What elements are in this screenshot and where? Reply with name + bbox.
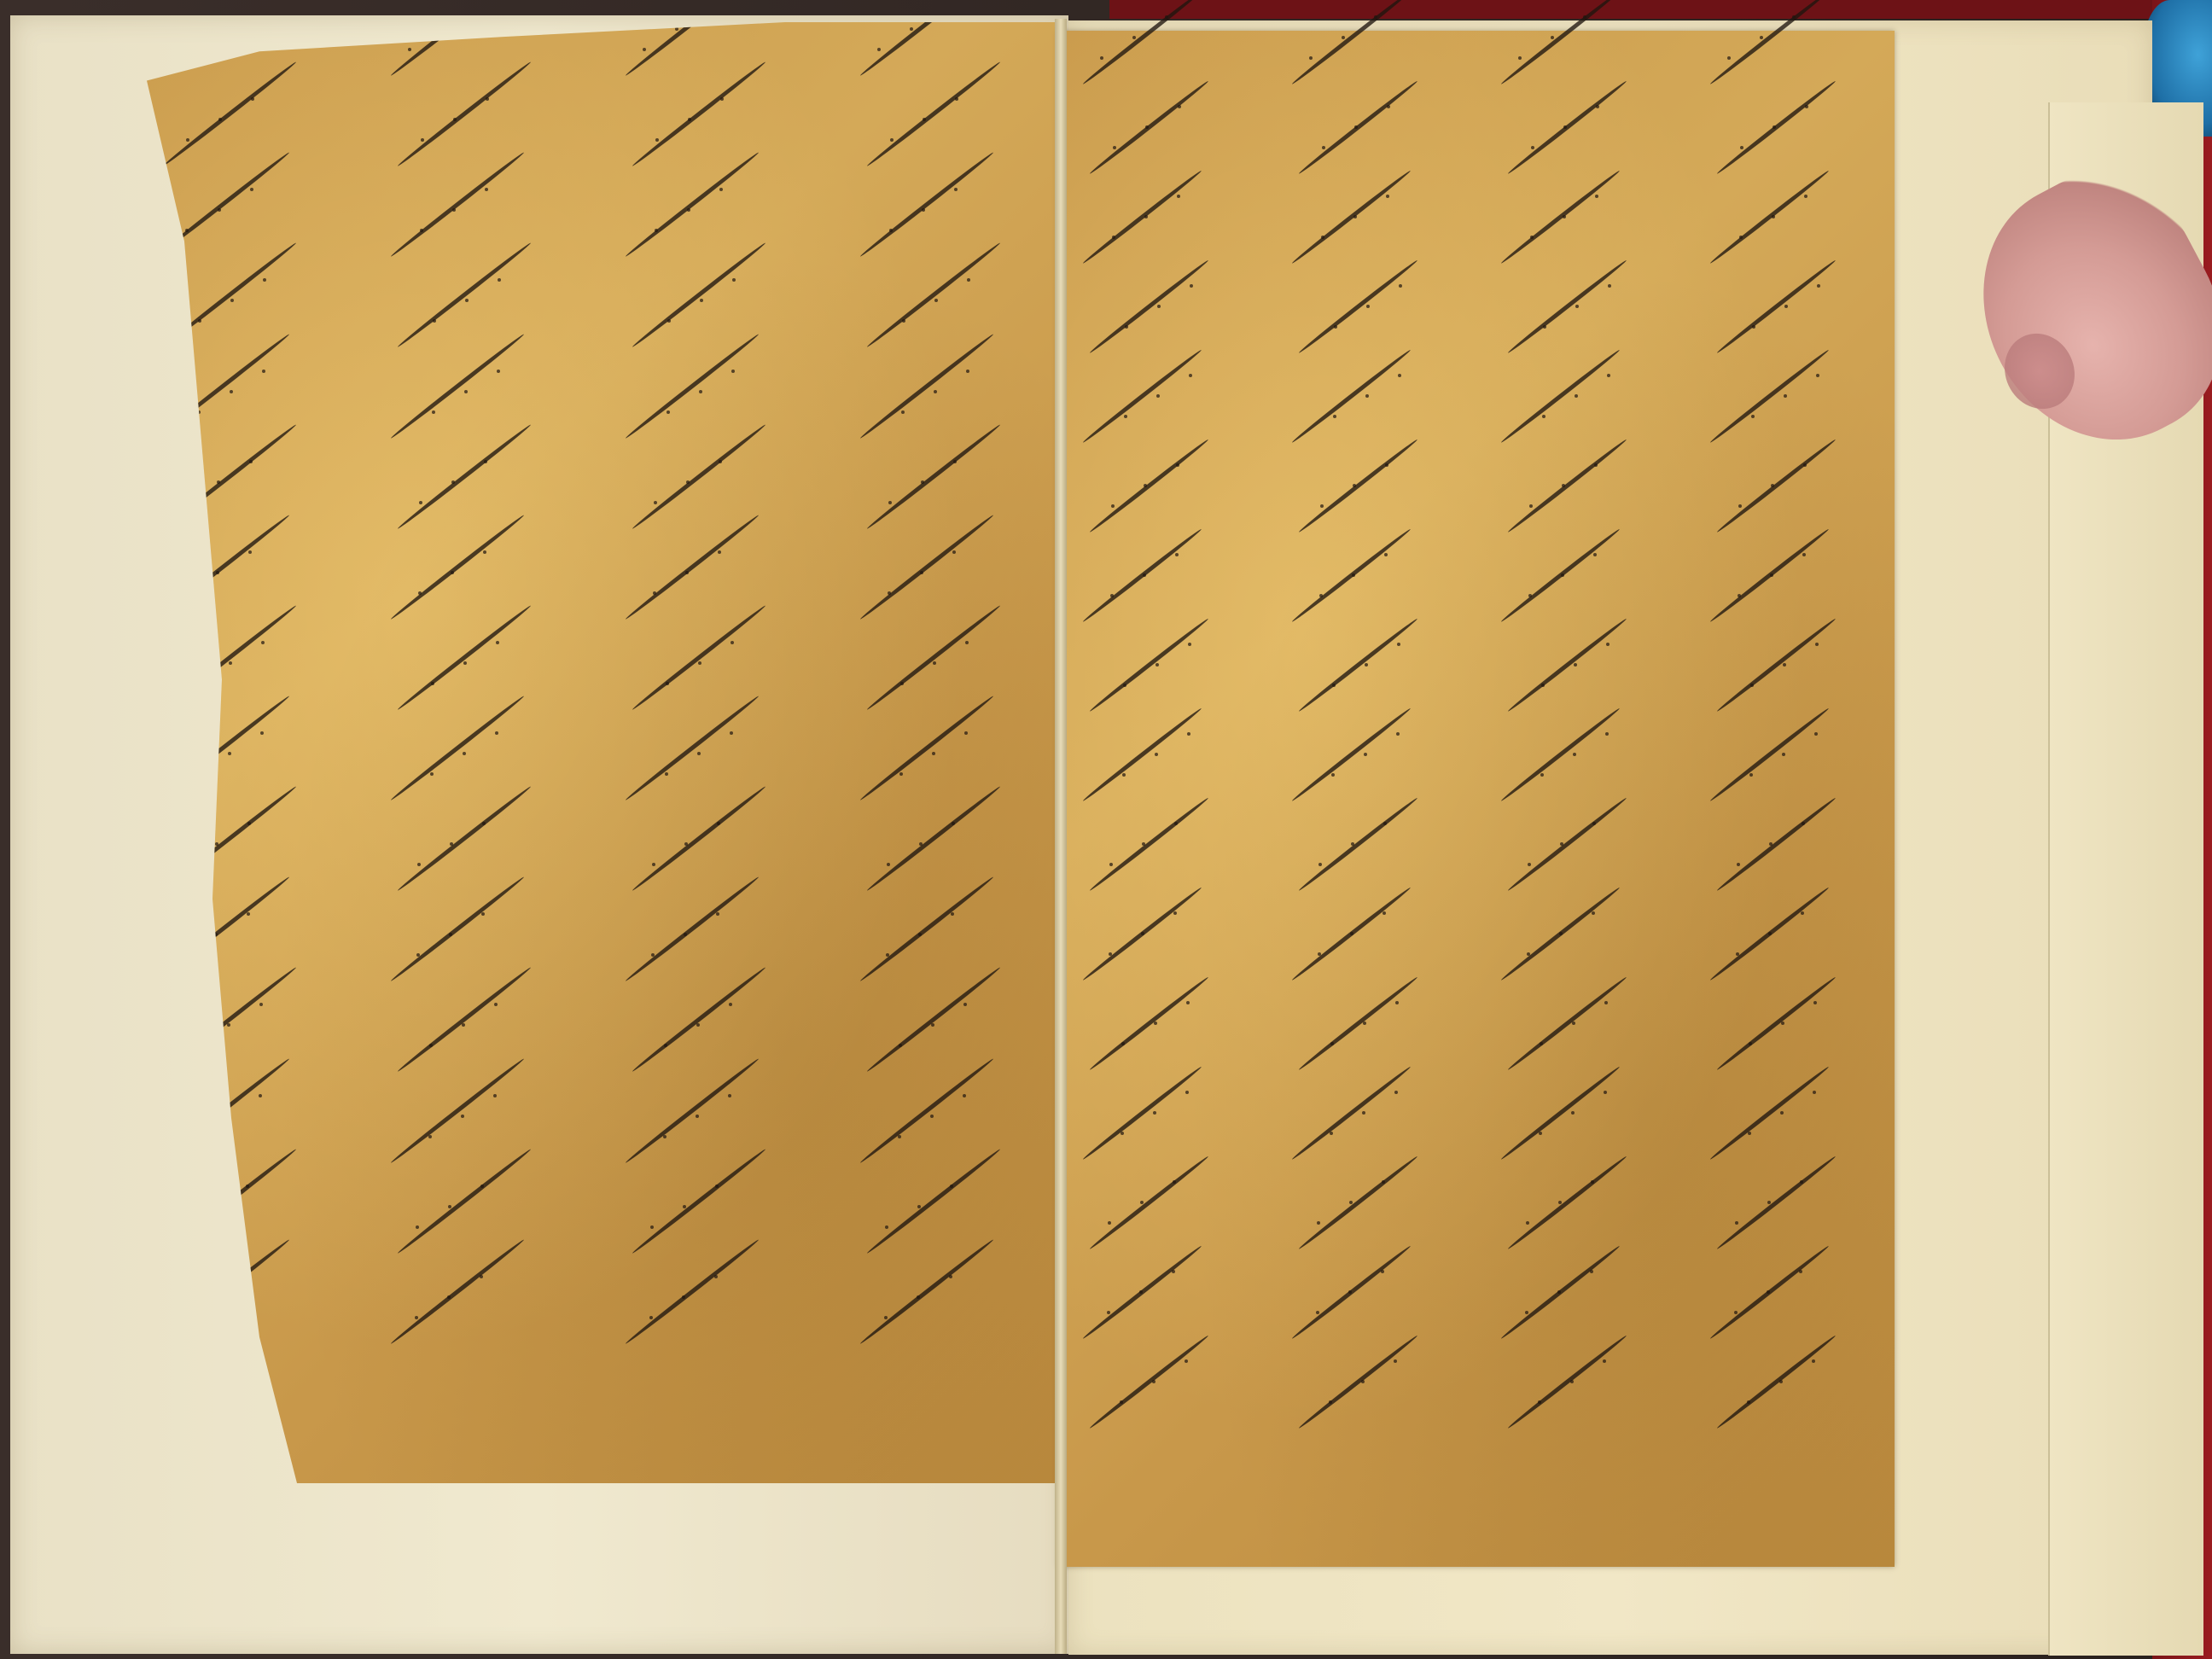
calligraphy-stroke: [1500, 707, 1621, 803]
calligraphy-dot: [251, 97, 254, 101]
calligraphy-dot: [1595, 195, 1598, 198]
calligraphy-dot: [1309, 56, 1313, 60]
calligraphy-stroke: [1082, 707, 1203, 803]
calligraphy-dot: [1542, 415, 1545, 418]
calligraphy-dot: [428, 1135, 432, 1138]
calligraphy-dot: [933, 661, 936, 665]
calligraphy-stroke: [1709, 1065, 1831, 1161]
calligraphy-dot: [902, 319, 905, 323]
calligraphy-dot: [730, 731, 733, 735]
calligraphy-dot: [696, 1115, 699, 1118]
calligraphy-dot: [921, 480, 924, 484]
calligraphy-dot: [1572, 1022, 1575, 1025]
calligraphy-dot: [1528, 863, 1531, 866]
calligraphy-dot: [1185, 1359, 1188, 1363]
calligraphy-dot: [1332, 684, 1336, 687]
calligraphy-stroke: [631, 785, 766, 893]
calligraphy-stroke: [389, 1057, 525, 1164]
calligraphy-dot: [1125, 325, 1128, 329]
calligraphy-dot: [1803, 463, 1807, 467]
calligraphy-dot: [682, 1295, 685, 1299]
calligraphy-stroke: [1507, 259, 1628, 355]
calligraphy-dot: [1749, 773, 1753, 777]
calligraphy-dot: [719, 460, 722, 463]
calligraphy-stroke: [1507, 79, 1628, 176]
calligraphy-stroke: [1500, 169, 1621, 265]
calligraphy-dot: [1799, 1270, 1802, 1273]
calligraphy-dot: [899, 772, 903, 776]
calligraphy-stroke: [1716, 1155, 1837, 1251]
calligraphy-stroke: [1507, 1334, 1628, 1430]
calligraphy-stroke: [1716, 259, 1837, 355]
calligraphy-dot: [1735, 1221, 1738, 1225]
calligraphy-dot: [1784, 305, 1788, 308]
calligraphy-stroke: [1716, 438, 1837, 534]
calligraphy-dot: [900, 682, 904, 685]
calligraphy-stroke: [389, 151, 525, 259]
calligraphy-dot: [464, 390, 468, 393]
calligraphy-dot: [1770, 573, 1773, 577]
calligraphy-dot: [1596, 105, 1599, 108]
calligraphy-dot: [496, 641, 499, 644]
calligraphy-dot: [1573, 753, 1576, 756]
calligraphy-dot: [1782, 753, 1785, 756]
calligraphy-stroke: [1500, 348, 1621, 445]
calligraphy-dot: [714, 1275, 718, 1278]
calligraphy-dot: [1817, 284, 1820, 288]
calligraphy-stroke: [1507, 1155, 1628, 1251]
calligraphy-dot: [1748, 1132, 1751, 1135]
calligraphy-dot: [887, 863, 890, 866]
calligraphy-dot: [716, 912, 719, 916]
calligraphy-dot: [899, 1044, 902, 1047]
calligraphy-dot: [952, 550, 956, 554]
calligraphy-dot: [1752, 325, 1755, 329]
calligraphy-stroke: [624, 513, 760, 620]
calligraphy-dot: [931, 1023, 934, 1027]
calligraphy-dot: [186, 138, 189, 142]
calligraphy-dot: [966, 370, 969, 373]
calligraphy-dot: [1157, 305, 1161, 308]
calligraphy-dot: [951, 912, 954, 916]
calligraphy-stroke: [389, 1237, 525, 1345]
calligraphy-dot: [1604, 1001, 1608, 1004]
calligraphy-stroke: [1298, 259, 1419, 355]
calligraphy-dot: [1394, 1359, 1397, 1363]
calligraphy-dot: [1592, 911, 1595, 915]
left-manuscript-leaf: [128, 22, 1067, 1483]
calligraphy-stroke: [1507, 975, 1628, 1072]
calligraphy-dot: [1804, 195, 1807, 198]
calligraphy-dot: [1111, 504, 1115, 508]
calligraphy-dot: [901, 410, 905, 414]
calligraphy-dot: [1330, 1132, 1333, 1135]
calligraphy-stroke: [1709, 169, 1831, 265]
calligraphy-dot: [451, 571, 454, 574]
calligraphy-dot: [888, 591, 891, 595]
calligraphy-dot: [917, 1295, 920, 1299]
right-manuscript-leaf: [1058, 31, 1895, 1567]
calligraphy-stroke: [1089, 438, 1210, 534]
calligraphy-dot: [250, 188, 253, 191]
calligraphy-dot: [1574, 663, 1577, 667]
calligraphy-dot: [1593, 553, 1597, 556]
calligraphy-dot: [1318, 863, 1322, 866]
calligraphy-stroke: [631, 604, 766, 712]
calligraphy-dot: [483, 550, 486, 554]
calligraphy-dot: [884, 1316, 888, 1319]
calligraphy-stroke: [624, 876, 760, 983]
calligraphy-stroke: [624, 332, 760, 439]
calligraphy-stroke: [1089, 617, 1210, 713]
calligraphy-stroke: [859, 332, 994, 439]
calligraphy-stroke: [1298, 1334, 1419, 1430]
calligraphy-dot: [667, 410, 670, 414]
calligraphy-dot: [1518, 56, 1522, 60]
calligraphy-stroke: [865, 242, 1001, 349]
calligraphy-dot: [963, 1094, 966, 1097]
calligraphy-dot: [1121, 1132, 1124, 1135]
calligraphy-dot: [1540, 773, 1544, 777]
calligraphy-dot: [1740, 146, 1743, 149]
calligraphy-dot: [1155, 753, 1158, 756]
calligraphy-dot: [1590, 1270, 1593, 1273]
calligraphy-dot: [700, 299, 703, 302]
calligraphy-dot: [1394, 1091, 1398, 1094]
calligraphy-dot: [1607, 374, 1610, 377]
calligraphy-stroke: [859, 513, 994, 620]
calligraphy-dot: [217, 480, 220, 484]
calligraphy-dot: [1175, 553, 1179, 556]
calligraphy-dot: [667, 319, 671, 323]
calligraphy-stroke: [1089, 79, 1210, 176]
calligraphy-stroke: [859, 151, 994, 259]
book-gutter: [1055, 19, 1067, 1654]
calligraphy-dot: [720, 97, 724, 101]
calligraphy-stroke: [1082, 348, 1203, 445]
calligraphy-dot: [1772, 215, 1775, 218]
calligraphy-dot: [1813, 1001, 1817, 1004]
calligraphy-stroke: [1298, 438, 1419, 534]
calligraphy-dot: [666, 682, 669, 685]
calligraphy-stroke: [396, 61, 532, 168]
calligraphy-stroke: [1716, 1334, 1837, 1430]
calligraphy-dot: [227, 1023, 230, 1027]
calligraphy-dot: [463, 752, 466, 755]
calligraphy-stroke: [1298, 79, 1419, 176]
calligraphy-dot: [665, 772, 668, 776]
calligraphy-stroke: [1089, 259, 1210, 355]
calligraphy-dot: [888, 501, 892, 504]
calligraphy-dot: [485, 188, 488, 191]
calligraphy-dot: [1334, 325, 1337, 329]
calligraphy-dot: [1365, 663, 1368, 667]
calligraphy-stroke: [1507, 796, 1628, 893]
calligraphy-dot: [1386, 195, 1389, 198]
calligraphy-stroke: [1089, 796, 1210, 893]
calligraphy-dot: [1750, 684, 1754, 687]
calligraphy-dot: [481, 912, 485, 916]
calligraphy-dot: [1802, 822, 1805, 825]
calligraphy-dot: [198, 319, 201, 323]
calligraphy-dot: [408, 48, 411, 51]
calligraphy-dot: [247, 912, 250, 916]
calligraphy-stroke: [1716, 975, 1837, 1072]
calligraphy-stroke: [1082, 1065, 1203, 1161]
calligraphy-dot: [954, 188, 958, 191]
calligraphy-dot: [1366, 305, 1370, 308]
calligraphy-dot: [655, 138, 659, 142]
calligraphy-stroke: [865, 966, 1001, 1074]
calligraphy-dot: [1606, 643, 1610, 646]
calligraphy-dot: [699, 390, 702, 393]
calligraphy-stroke: [1716, 617, 1837, 713]
calligraphy-dot: [718, 550, 721, 554]
calligraphy-dot: [1177, 195, 1180, 198]
calligraphy-dot: [1153, 1111, 1156, 1115]
calligraphy-dot: [1814, 732, 1818, 736]
calligraphy-stroke: [396, 966, 532, 1074]
calligraphy-dot: [885, 1225, 888, 1229]
calligraphy-stroke: [1716, 79, 1837, 176]
calligraphy-dot: [1172, 1270, 1175, 1273]
calligraphy-dot: [1531, 146, 1534, 149]
calligraphy-dot: [949, 1275, 952, 1278]
calligraphy-stroke: [865, 604, 1001, 712]
calligraphy-dot: [1143, 573, 1146, 577]
calligraphy-dot: [1575, 394, 1578, 398]
calligraphy-dot: [480, 1185, 484, 1188]
calligraphy-dot: [1526, 1221, 1529, 1225]
calligraphy-dot: [1781, 1022, 1784, 1025]
calligraphy-stroke: [1291, 169, 1412, 265]
calligraphy-dot: [1152, 1380, 1155, 1383]
calligraphy-dot: [484, 460, 487, 463]
calligraphy-dot: [965, 641, 969, 644]
calligraphy-dot: [229, 661, 232, 665]
calligraphy-dot: [262, 370, 265, 373]
calligraphy-dot: [964, 731, 968, 735]
calligraphy-dot: [497, 370, 500, 373]
calligraphy-dot: [1173, 911, 1177, 915]
calligraphy-stroke: [1507, 617, 1628, 713]
calligraphy-dot: [465, 299, 469, 302]
calligraphy-dot: [1176, 463, 1179, 467]
calligraphy-dot: [1190, 284, 1193, 288]
calligraphy-stroke: [161, 61, 297, 168]
calligraphy-dot: [1387, 105, 1390, 108]
calligraphy-stroke: [1089, 975, 1210, 1072]
calligraphy-dot: [1727, 56, 1731, 60]
calligraphy-dot: [953, 460, 957, 463]
calligraphy-dot: [1320, 504, 1324, 508]
calligraphy-dot: [230, 299, 234, 302]
calligraphy-stroke: [1709, 348, 1831, 445]
calligraphy-stroke: [631, 422, 766, 530]
calligraphy-dot: [922, 208, 925, 212]
calligraphy-dot: [1398, 374, 1401, 377]
calligraphy-dot: [493, 1094, 497, 1097]
calligraphy-dot: [1802, 553, 1806, 556]
calligraphy-dot: [728, 1094, 731, 1097]
calligraphy-dot: [1353, 215, 1357, 218]
calligraphy-dot: [732, 278, 736, 282]
calligraphy-dot: [259, 1094, 262, 1097]
calligraphy-dot: [932, 752, 935, 755]
calligraphy-dot: [650, 1225, 654, 1229]
calligraphy-dot: [1592, 822, 1596, 825]
calligraphy-dot: [1813, 1091, 1816, 1094]
calligraphy-stroke: [396, 422, 532, 530]
calligraphy-dot: [247, 822, 251, 825]
calligraphy-dot: [1322, 146, 1325, 149]
calligraphy-dot: [463, 661, 467, 665]
calligraphy-dot: [421, 138, 424, 142]
calligraphy-stroke: [396, 1147, 532, 1254]
calligraphy-dot: [898, 1135, 901, 1138]
calligraphy-dot: [934, 299, 938, 302]
calligraphy-dot: [1174, 822, 1178, 825]
calligraphy-dot: [447, 1295, 451, 1299]
calligraphy-dot: [1805, 105, 1808, 108]
calligraphy-dot: [452, 208, 456, 212]
calligraphy-stroke: [865, 1147, 1001, 1254]
calligraphy-dot: [246, 1185, 249, 1188]
calligraphy-stroke: [1089, 1334, 1210, 1430]
calligraphy-dot: [1541, 684, 1545, 687]
calligraphy-dot: [1561, 573, 1564, 577]
calligraphy-dot: [1384, 553, 1388, 556]
calligraphy-dot: [653, 591, 656, 595]
calligraphy-dot: [698, 661, 701, 665]
calligraphy-stroke: [396, 785, 532, 893]
calligraphy-dot: [1539, 1132, 1542, 1135]
calligraphy-dot: [1605, 732, 1609, 736]
calligraphy-dot: [717, 822, 720, 825]
calligraphy-dot: [967, 278, 970, 282]
calligraphy-dot: [1738, 504, 1742, 508]
calligraphy-stroke: [865, 61, 1001, 168]
calligraphy-stroke: [1082, 169, 1203, 265]
calligraphy-dot: [451, 480, 455, 484]
calligraphy-stroke: [859, 876, 994, 983]
calligraphy-stroke: [631, 1147, 766, 1254]
calligraphy-dot: [654, 501, 657, 504]
calligraphy-dot: [248, 550, 252, 554]
calligraphy-stroke: [624, 695, 760, 802]
calligraphy-dot: [910, 27, 913, 31]
calligraphy-stroke: [1089, 1155, 1210, 1251]
calligraphy-dot: [260, 731, 264, 735]
calligraphy-stroke: [631, 966, 766, 1074]
calligraphy-dot: [1385, 463, 1388, 467]
calligraphy-dot: [1333, 415, 1336, 418]
calligraphy-dot: [1144, 215, 1148, 218]
calligraphy-dot: [920, 571, 923, 574]
calligraphy-dot: [1751, 415, 1755, 418]
calligraphy-stroke: [1298, 975, 1419, 1072]
calligraphy-dot: [715, 1185, 719, 1188]
calligraphy-dot: [416, 1225, 419, 1229]
calligraphy-dot: [719, 188, 723, 191]
calligraphy-stroke: [1500, 1065, 1621, 1161]
calligraphy-dot: [917, 1205, 921, 1208]
calligraphy-dot: [415, 1316, 418, 1319]
calligraphy-stroke: [389, 513, 525, 620]
calligraphy-dot: [1113, 146, 1116, 149]
calligraphy-dot: [1154, 1022, 1157, 1025]
calligraphy-stroke: [624, 1057, 760, 1164]
calligraphy-stroke: [396, 242, 532, 349]
calligraphy-dot: [950, 1185, 953, 1188]
calligraphy-dot: [1122, 773, 1126, 777]
calligraphy-dot: [1331, 773, 1335, 777]
calligraphy-dot: [1189, 374, 1192, 377]
calligraphy-dot: [418, 591, 422, 595]
calligraphy-dot: [877, 48, 881, 51]
calligraphy-dot: [1185, 1091, 1189, 1094]
calligraphy-dot: [1317, 1221, 1320, 1225]
calligraphy-stroke: [389, 876, 525, 983]
calligraphy-dot: [259, 1003, 263, 1006]
calligraphy-dot: [1109, 863, 1113, 866]
calligraphy-dot: [649, 1316, 653, 1319]
calligraphy-dot: [417, 863, 421, 866]
calligraphy-dot: [1108, 1221, 1111, 1225]
calligraphy-dot: [664, 1044, 667, 1047]
calligraphy-dot: [1361, 1380, 1365, 1383]
calligraphy-dot: [1608, 284, 1611, 288]
calligraphy-stroke: [631, 61, 766, 168]
calligraphy-dot: [1365, 394, 1369, 398]
calligraphy-stroke: [1291, 707, 1412, 803]
calligraphy-dot: [1737, 863, 1740, 866]
calligraphy-dot: [697, 752, 701, 755]
calligraphy-dot: [433, 319, 436, 323]
calligraphy-stroke: [396, 604, 532, 712]
calligraphy-dot: [1529, 504, 1533, 508]
calligraphy-stroke: [865, 422, 1001, 530]
calligraphy-stroke: [624, 151, 760, 259]
calligraphy-dot: [1571, 1111, 1575, 1115]
calligraphy-dot: [1156, 394, 1160, 398]
calligraphy-dot: [261, 641, 265, 644]
calligraphy-dot: [687, 208, 690, 212]
calligraphy-dot: [643, 48, 646, 51]
book-cover-edge-top: [1109, 0, 2212, 19]
calligraphy-stroke: [1298, 796, 1419, 893]
calligraphy-dot: [890, 138, 894, 142]
calligraphy-dot: [729, 1003, 732, 1006]
calligraphy-dot: [1575, 305, 1579, 308]
calligraphy-dot: [1543, 325, 1546, 329]
calligraphy-dot: [1801, 911, 1804, 915]
calligraphy-dot: [652, 863, 655, 866]
calligraphy-dot: [1178, 105, 1181, 108]
calligraphy-dot: [1352, 573, 1355, 577]
calligraphy-stroke: [1507, 438, 1628, 534]
calligraphy-dot: [1362, 1111, 1365, 1115]
calligraphy-dot: [419, 501, 422, 504]
calligraphy-dot: [432, 410, 435, 414]
calligraphy-stroke: [1291, 1065, 1412, 1161]
calligraphy-stroke: [859, 1237, 994, 1345]
calligraphy-dot: [1784, 394, 1787, 398]
calligraphy-dot: [482, 822, 486, 825]
calligraphy-dot: [1594, 463, 1598, 467]
calligraphy-stroke: [389, 332, 525, 439]
calligraphy-stroke: [1298, 1155, 1419, 1251]
